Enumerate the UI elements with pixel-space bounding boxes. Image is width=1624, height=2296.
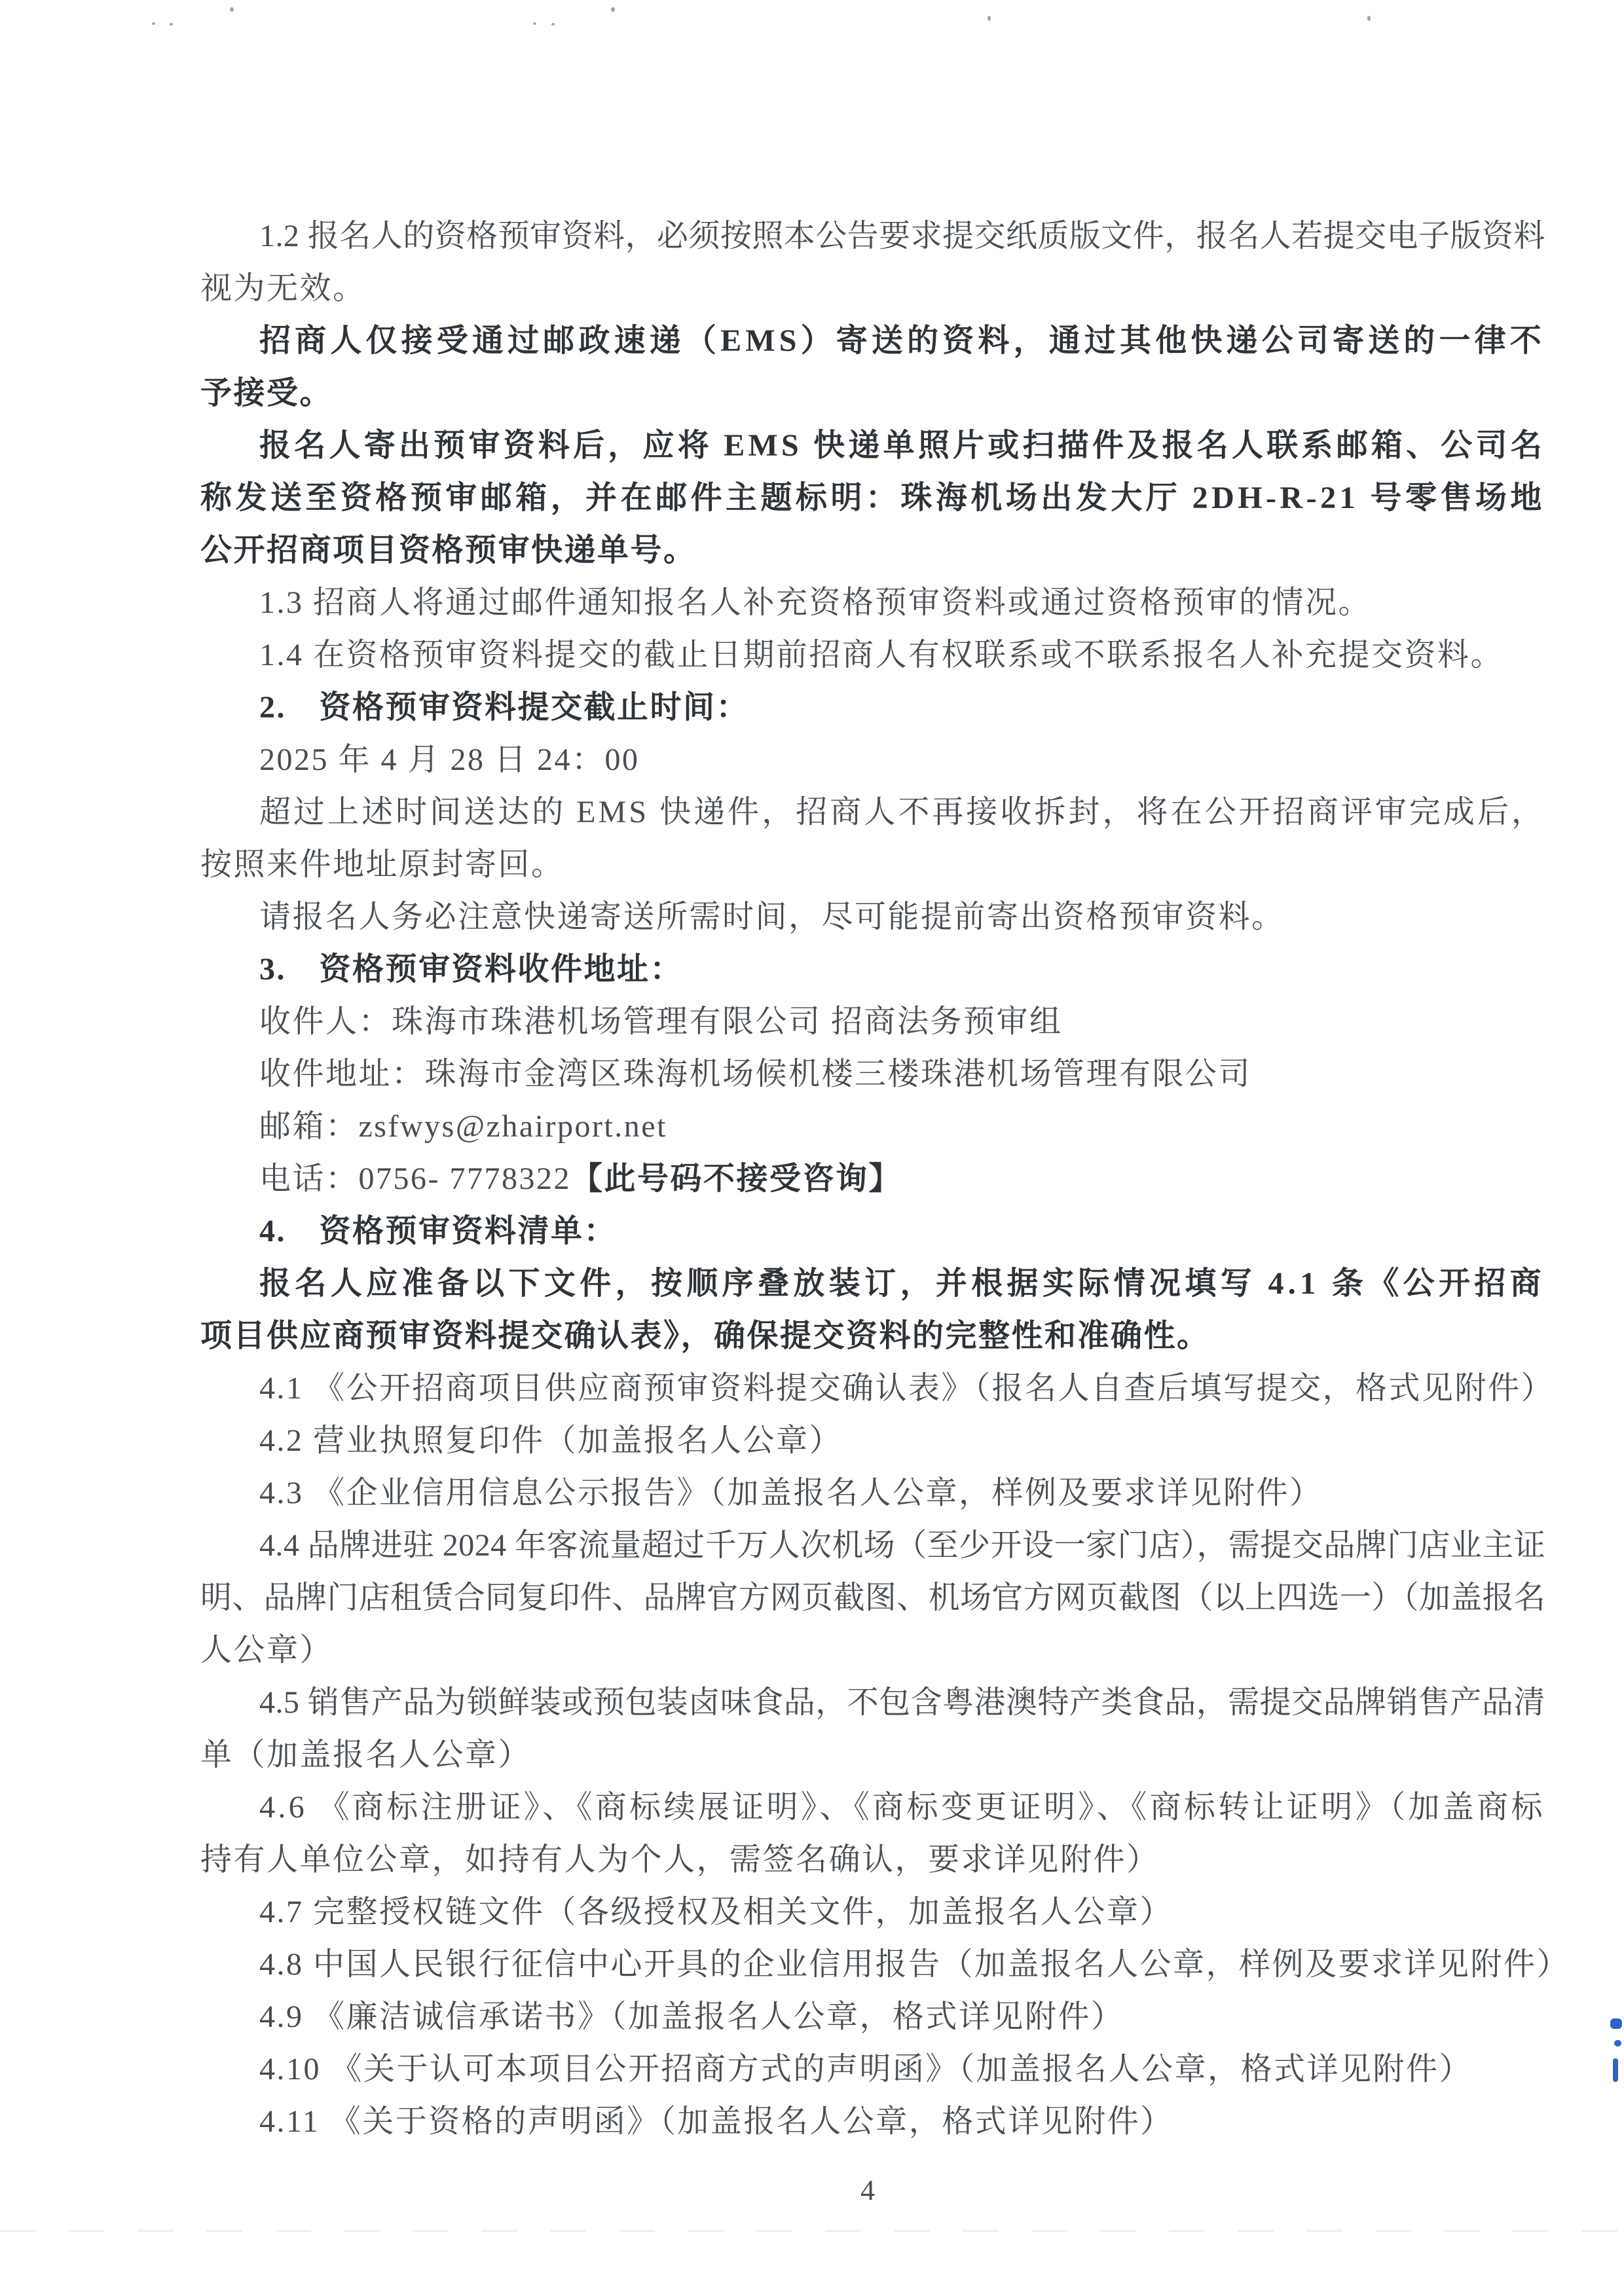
text-line-content: 4.5 销售产品为锁鲜装或预包装卤味食品，不包含粤港澳特产类食品，需提交品牌销售…	[259, 1685, 1545, 1720]
text-line: 电话：0756- 7778322【此号码不接受咨询】	[200, 1153, 1545, 1205]
text-line: 4. 资格预审资料清单：	[200, 1205, 1545, 1258]
text-line-content: 请报名人务必注意快递寄送所需时间，尽可能提前寄出资格预审资料。	[259, 900, 1285, 934]
scan-speck	[170, 23, 173, 26]
text-line-content: 单（加盖报名人公章）	[200, 1738, 531, 1772]
text-line: 报名人寄出预审资料后，应将 EMS 快递单照片或扫描件及报名人联系邮箱、公司名	[200, 420, 1545, 472]
document-body: 1.2 报名人的资格预审资料，必须按照本公告要求提交纸质版文件，报名人若提交电子…	[200, 210, 1545, 2148]
text-line: 3. 资格预审资料收件地址：	[200, 943, 1545, 996]
scan-speck	[533, 22, 536, 25]
text-line-content: 4.8 中国人民银行征信中心开具的企业信用报告（加盖报名人公章，样例及要求详见附…	[259, 1947, 1570, 1982]
text-line-content: 收件人：珠海市珠港机场管理有限公司 招商法务预审组	[259, 1004, 1063, 1039]
text-line: 予接受。	[200, 367, 1545, 420]
text-line: 4.8 中国人民银行征信中心开具的企业信用报告（加盖报名人公章，样例及要求详见附…	[200, 1939, 1545, 1991]
text-line: 收件人：珠海市珠港机场管理有限公司 招商法务预审组	[200, 996, 1545, 1048]
text-line-content: 1.4 在资格预审资料提交的截止日期前招商人有权联系或不联系报名人补充提交资料。	[259, 638, 1504, 672]
text-line-content: 4.10 《关于认可本项目公开招商方式的声明函》（加盖报名人公章，格式详见附件）	[259, 2052, 1472, 2086]
text-line-content: 报名人应准备以下文件，按顺序叠放装订，并根据实际情况填写 4.1 条《公开招商	[259, 1266, 1545, 1301]
text-line: 2025 年 4 月 28 日 24：00	[200, 734, 1545, 786]
text-line: 视为无效。	[200, 263, 1545, 315]
text-line-content: 4.2 营业执照复印件（加盖报名人公章）	[259, 1423, 842, 1458]
text-line-content: 持有人单位公章，如持有人为个人，需签名确认，要求详见附件）	[200, 1842, 1160, 1877]
text-line: 1.3 招商人将通过邮件通知报名人补充资格预审资料或通过资格预审的情况。	[200, 577, 1545, 629]
scan-speck	[987, 16, 991, 21]
text-line: 4.6 《商标注册证》、《商标续展证明》、《商标变更证明》、《商标转让证明》（加…	[200, 1781, 1545, 1834]
text-line-content: 4.3 《企业信用信息公示报告》（加盖报名人公章，样例及要求详见附件）	[259, 1476, 1323, 1510]
text-line-content: 收件地址：珠海市金湾区珠海机场候机楼三楼珠港机场管理有限公司	[259, 1057, 1251, 1091]
text-line: 项目供应商预审资料提交确认表》，确保提交资料的完整性和准确性。	[200, 1310, 1545, 1362]
text-line-content: 明、品牌门店租赁合同复印件、品牌官方网页截图、机场官方网页截图（以上四选一）（加…	[200, 1580, 1545, 1615]
text-line-content: 人公章）	[200, 1633, 333, 1667]
text-line-content: 4. 资格预审资料清单：	[259, 1214, 617, 1248]
scan-speck	[611, 7, 615, 12]
text-line-content: 3. 资格预审资料收件地址：	[259, 952, 683, 987]
document-page: 1.2 报名人的资格预审资料，必须按照本公告要求提交纸质版文件，报名人若提交电子…	[0, 0, 1624, 2296]
text-line-content: 2025 年 4 月 28 日 24：00	[259, 742, 640, 777]
text-line: 明、品牌门店租赁合同复印件、品牌官方网页截图、机场官方网页截图（以上四选一）（加…	[200, 1572, 1545, 1624]
text-line-content: 超过上述时间送达的 EMS 快递件，招商人不再接收拆封，将在公开招商评审完成后，	[259, 795, 1545, 829]
text-line-content: 予接受。	[200, 376, 333, 410]
text-line: 4.3 《企业信用信息公示报告》（加盖报名人公章，样例及要求详见附件）	[200, 1467, 1545, 1520]
text-line: 4.2 营业执照复印件（加盖报名人公章）	[200, 1415, 1545, 1467]
text-line-content: 招商人仅接受通过邮政速递（EMS）寄送的资料，通过其他快递公司寄送的一律不	[259, 323, 1545, 358]
text-line-content: 公开招商项目资格预审快递单号。	[200, 533, 697, 568]
text-line: 邮箱：zsfwys@zhairport.net	[200, 1101, 1545, 1153]
text-line: 4.9 《廉洁诚信承诺书》（加盖报名人公章，格式详见附件）	[200, 1991, 1545, 2043]
text-segment: 电话：0756- 7778322	[259, 1161, 571, 1196]
text-line-content: 4.6 《商标注册证》、《商标续展证明》、《商标变更证明》、《商标转让证明》（加…	[259, 1790, 1545, 1825]
text-line: 4.10 《关于认可本项目公开招商方式的声明函》（加盖报名人公章，格式详见附件）	[200, 2043, 1545, 2096]
text-line-content: 1.3 招商人将通过邮件通知报名人补充资格预审资料或通过资格预审的情况。	[259, 585, 1371, 620]
text-line-content: 视为无效。	[200, 271, 366, 306]
text-line-content: 4.9 《廉洁诚信承诺书》（加盖报名人公章，格式详见附件）	[259, 1999, 1124, 2034]
text-line: 1.2 报名人的资格预审资料，必须按照本公告要求提交纸质版文件，报名人若提交电子…	[200, 210, 1545, 263]
text-line: 请报名人务必注意快递寄送所需时间，尽可能提前寄出资格预审资料。	[200, 891, 1545, 943]
text-line-content: 4.4 品牌进驻 2024 年客流量超过千万人次机场（至少开设一家门店），需提交…	[259, 1528, 1545, 1563]
text-line: 4.11 《关于资格的声明函》（加盖报名人公章，格式详见附件）	[200, 2096, 1545, 2148]
scanner-artifact-line	[0, 2230, 1624, 2232]
text-line: 4.7 完整授权链文件（各级授权及相关文件，加盖报名人公章）	[200, 1886, 1545, 1939]
text-line-content: 按照来件地址原封寄回。	[200, 847, 564, 882]
text-line: 4.4 品牌进驻 2024 年客流量超过千万人次机场（至少开设一家门店），需提交…	[200, 1520, 1545, 1572]
text-line: 称发送至资格预审邮箱，并在邮件主题标明：珠海机场出发大厅 2DH-R-21 号零…	[200, 472, 1545, 524]
text-line: 2. 资格预审资料提交截止时间：	[200, 682, 1545, 734]
text-segment-bold: 【此号码不接受咨询】	[571, 1161, 902, 1196]
page-number: 4	[845, 2175, 891, 2206]
text-line-content: 2. 资格预审资料提交截止时间：	[259, 690, 749, 725]
text-line-content: 4.7 完整授权链文件（各级授权及相关文件，加盖报名人公章）	[259, 1895, 1173, 1929]
scan-speck	[230, 7, 234, 12]
text-line-content: 1.2 报名人的资格预审资料，必须按照本公告要求提交纸质版文件，报名人若提交电子…	[259, 219, 1545, 253]
text-line: 4.5 销售产品为锁鲜装或预包装卤味食品，不包含粤港澳特产类食品，需提交品牌销售…	[200, 1677, 1545, 1729]
text-line: 4.1 《公开招商项目供应商预审资料提交确认表》（报名人自查后填写提交，格式见附…	[200, 1362, 1545, 1415]
scan-speck	[551, 23, 555, 26]
pen-mark	[1614, 2040, 1621, 2047]
text-line: 1.4 在资格预审资料提交的截止日期前招商人有权联系或不联系报名人补充提交资料。	[200, 629, 1545, 682]
text-line-content: 电话：0756- 7778322【此号码不接受咨询】	[259, 1161, 902, 1196]
text-line-content: 邮箱：zsfwys@zhairport.net	[259, 1109, 667, 1144]
text-line: 按照来件地址原封寄回。	[200, 839, 1545, 891]
pen-mark	[1610, 2018, 1622, 2029]
text-line-content: 报名人寄出预审资料后，应将 EMS 快递单照片或扫描件及报名人联系邮箱、公司名	[259, 428, 1545, 463]
text-line: 人公章）	[200, 1624, 1545, 1677]
text-line: 持有人单位公章，如持有人为个人，需签名确认，要求详见附件）	[200, 1834, 1545, 1886]
text-line: 报名人应准备以下文件，按顺序叠放装订，并根据实际情况填写 4.1 条《公开招商	[200, 1258, 1545, 1310]
scan-speck	[1367, 16, 1371, 21]
text-line: 公开招商项目资格预审快递单号。	[200, 524, 1545, 577]
text-line: 收件地址：珠海市金湾区珠海机场候机楼三楼珠港机场管理有限公司	[200, 1048, 1545, 1101]
scan-speck	[152, 22, 155, 25]
text-line-content: 4.1 《公开招商项目供应商预审资料提交确认表》（报名人自查后填写提交，格式见附…	[259, 1371, 1554, 1406]
text-line: 超过上述时间送达的 EMS 快递件，招商人不再接收拆封，将在公开招商评审完成后，	[200, 786, 1545, 839]
text-line: 招商人仅接受通过邮政速递（EMS）寄送的资料，通过其他快递公司寄送的一律不	[200, 315, 1545, 367]
text-line-content: 项目供应商预审资料提交确认表》，确保提交资料的完整性和准确性。	[200, 1319, 1210, 1353]
text-line-content: 4.11 《关于资格的声明函》（加盖报名人公章，格式详见附件）	[259, 2104, 1173, 2139]
pen-mark	[1613, 2058, 1618, 2082]
text-line: 单（加盖报名人公章）	[200, 1729, 1545, 1781]
text-line-content: 称发送至资格预审邮箱，并在邮件主题标明：珠海机场出发大厅 2DH-R-21 号零…	[200, 481, 1545, 515]
